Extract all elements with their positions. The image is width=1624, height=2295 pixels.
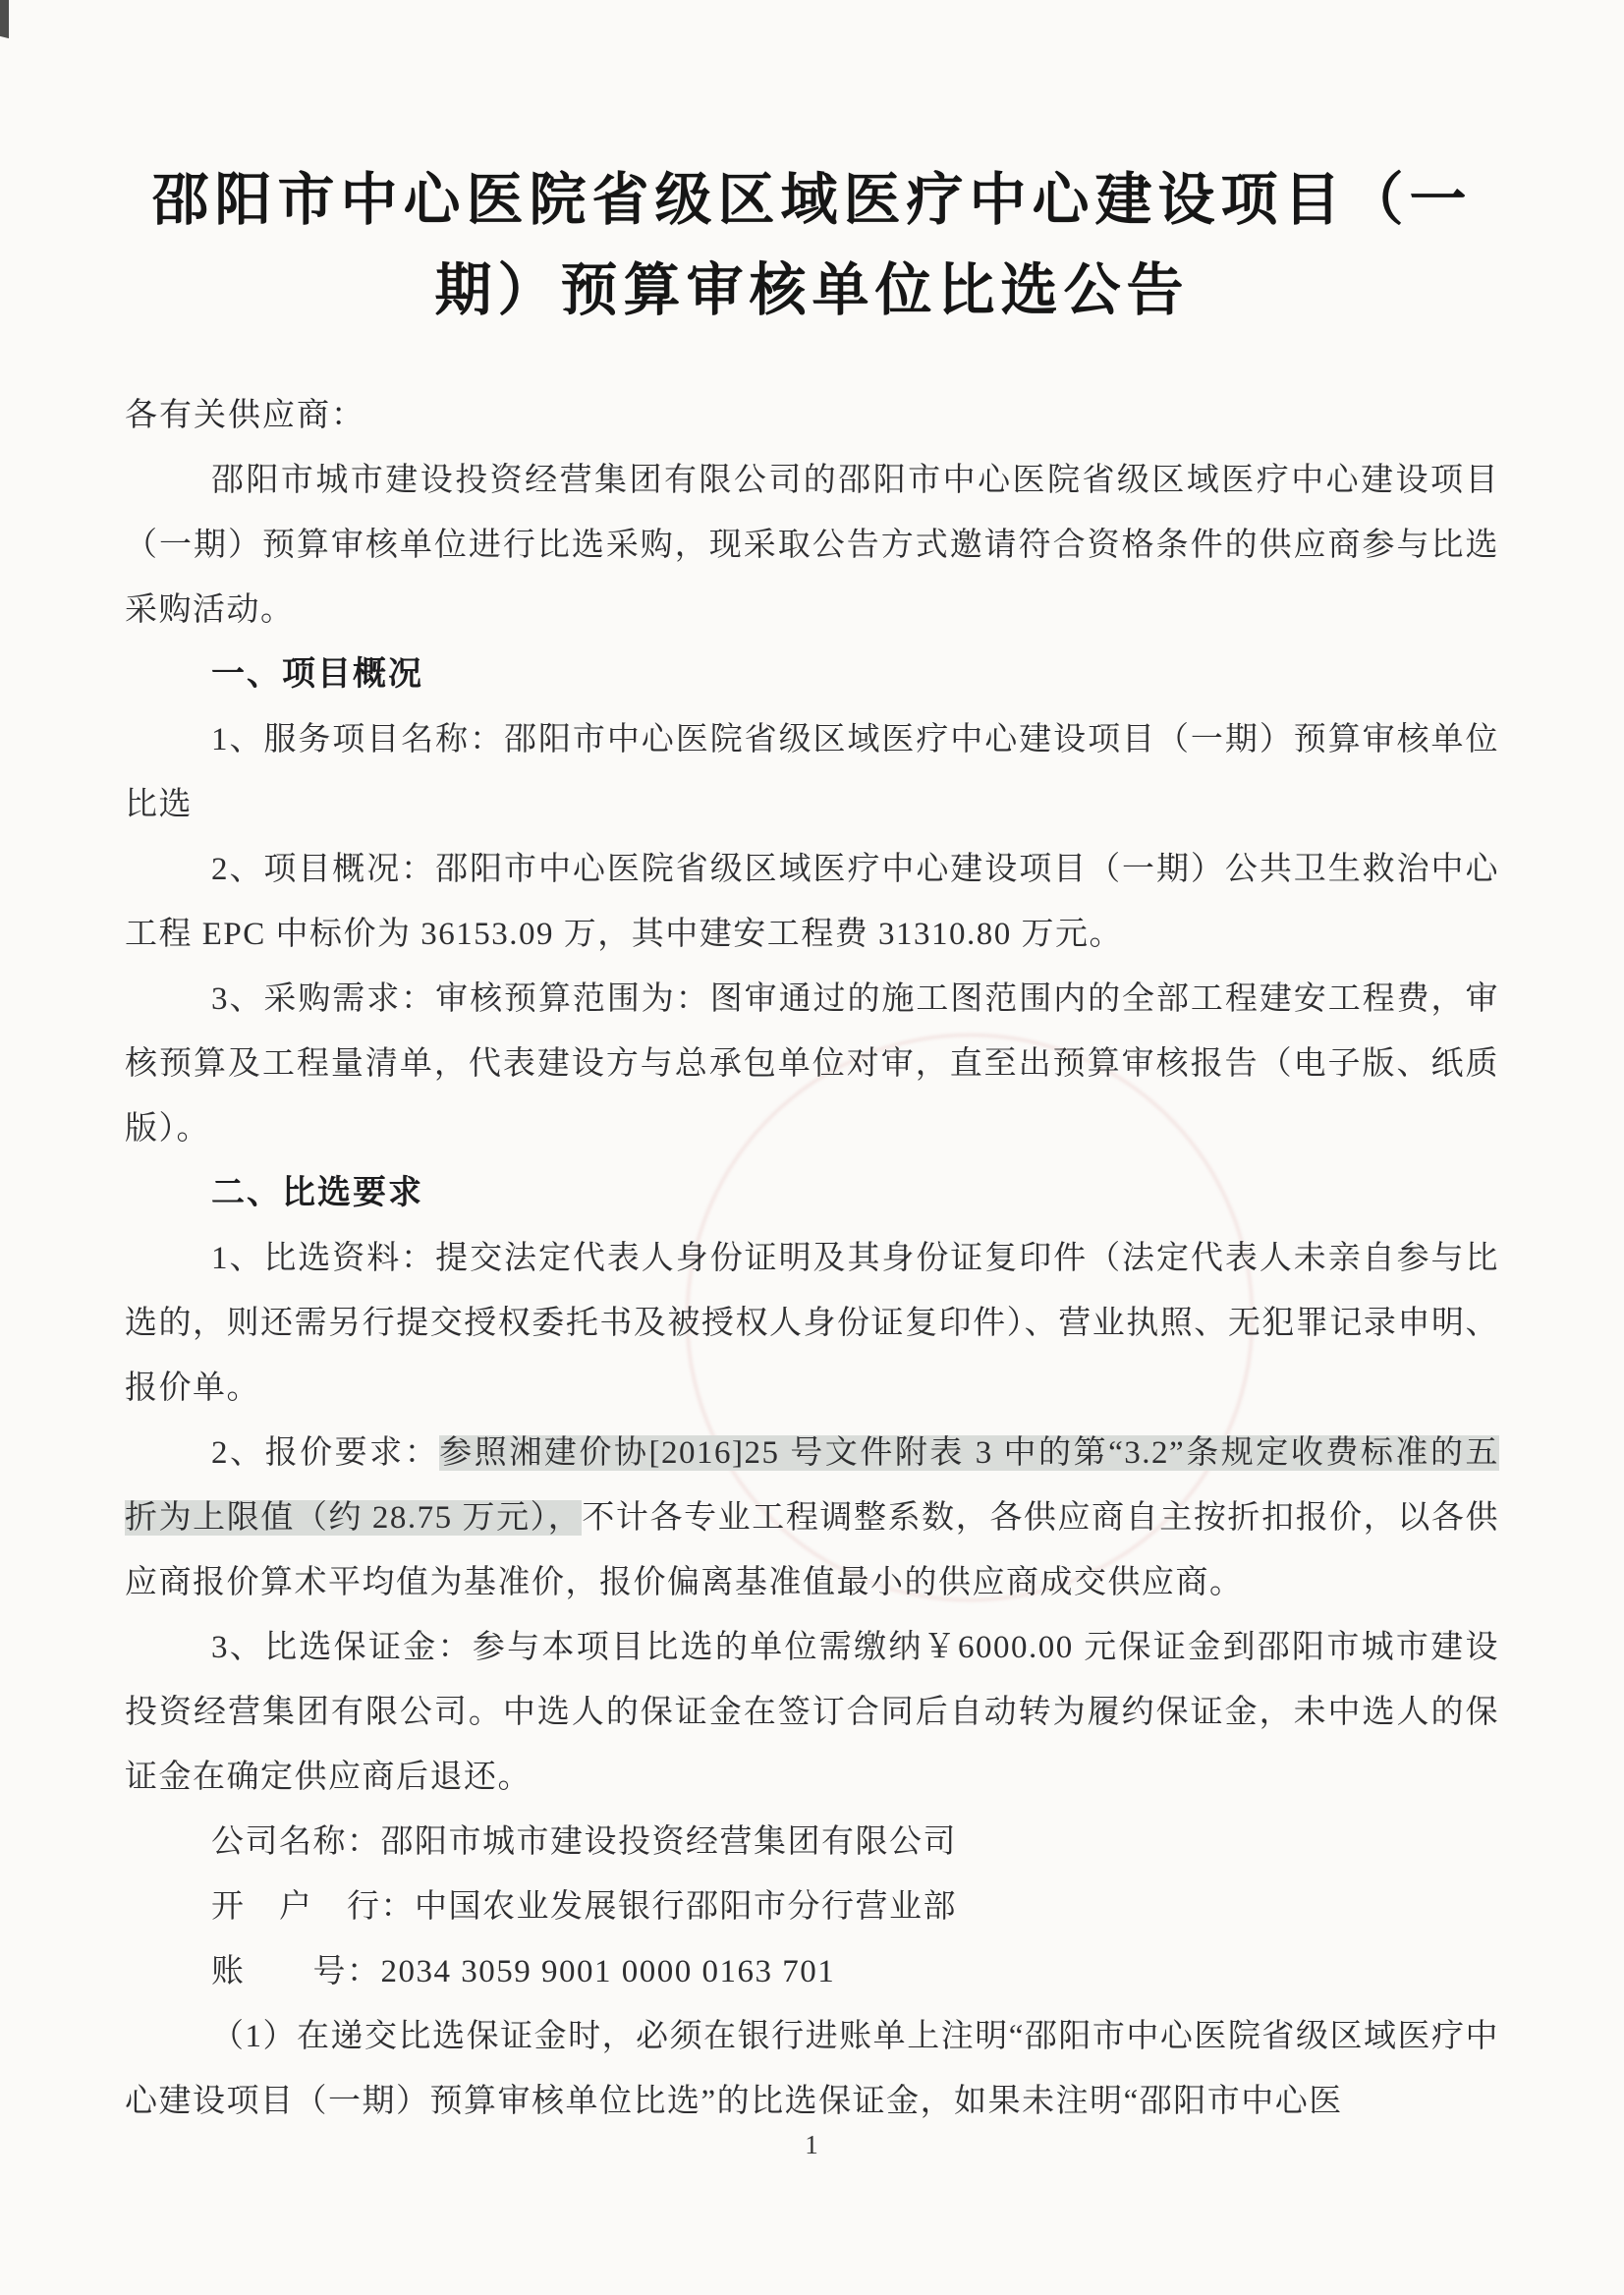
section2-item3: 3、比选保证金：参与本项目比选的单位需缴纳￥6000.00 元保证金到邵阳市城市… bbox=[125, 1615, 1499, 1810]
deposit-note-1: （1）在递交比选保证金时，必须在银行进账单上注明“邵阳市中心医院省级区域医疗中心… bbox=[125, 2004, 1499, 2134]
document-page: 邵阳市中心医院省级区域医疗中心建设项目（一 期）预算审核单位比选公告 各有关供应… bbox=[0, 0, 1624, 2295]
section2-item1: 1、比选资料：提交法定代表人身份证明及其身份证复印件（法定代表人未亲自参与比选的… bbox=[125, 1226, 1499, 1421]
page-number: 1 bbox=[0, 2130, 1624, 2160]
page-title-line2: 期）预算审核单位比选公告 bbox=[125, 246, 1499, 336]
salutation: 各有关供应商： bbox=[125, 383, 1499, 448]
section1-heading: 一、项目概况 bbox=[125, 643, 1499, 707]
section1-item3: 3、采购需求：审核预算范围为：图审通过的施工图范围内的全部工程建安工程费，审核预… bbox=[125, 967, 1499, 1161]
payment-company-name: 公司名称：邵阳市城市建设投资经营集团有限公司 bbox=[125, 1810, 1499, 1875]
section2-item2-prefix: 2、报价要求： bbox=[211, 1435, 439, 1471]
document-content: 邵阳市中心医院省级区域医疗中心建设项目（一 期）预算审核单位比选公告 各有关供应… bbox=[0, 0, 1624, 2134]
payment-account-number: 账 号：2034 3059 9001 0000 0163 701 bbox=[125, 1939, 1499, 2004]
section1-item1: 1、服务项目名称：邵阳市中心医院省级区域医疗中心建设项目（一期）预算审核单位比选 bbox=[125, 707, 1499, 837]
page-title-line1: 邵阳市中心医院省级区域医疗中心建设项目（一 bbox=[125, 155, 1499, 246]
section1-item2: 2、项目概况：邵阳市中心医院省级区域医疗中心建设项目（一期）公共卫生救治中心工程… bbox=[125, 837, 1499, 967]
page-title: 邵阳市中心医院省级区域医疗中心建设项目（一 期）预算审核单位比选公告 bbox=[125, 155, 1499, 336]
section2-item2: 2、报价要求：参照湘建价协[2016]25 号文件附表 3 中的第“3.2”条规… bbox=[125, 1421, 1499, 1615]
section2-heading: 二、比选要求 bbox=[125, 1161, 1499, 1226]
intro-paragraph: 邵阳市城市建设投资经营集团有限公司的邵阳市中心医院省级区域医疗中心建设项目（一期… bbox=[125, 448, 1499, 643]
payment-bank-name: 开 户 行：中国农业发展银行邵阳市分行营业部 bbox=[125, 1875, 1499, 1939]
